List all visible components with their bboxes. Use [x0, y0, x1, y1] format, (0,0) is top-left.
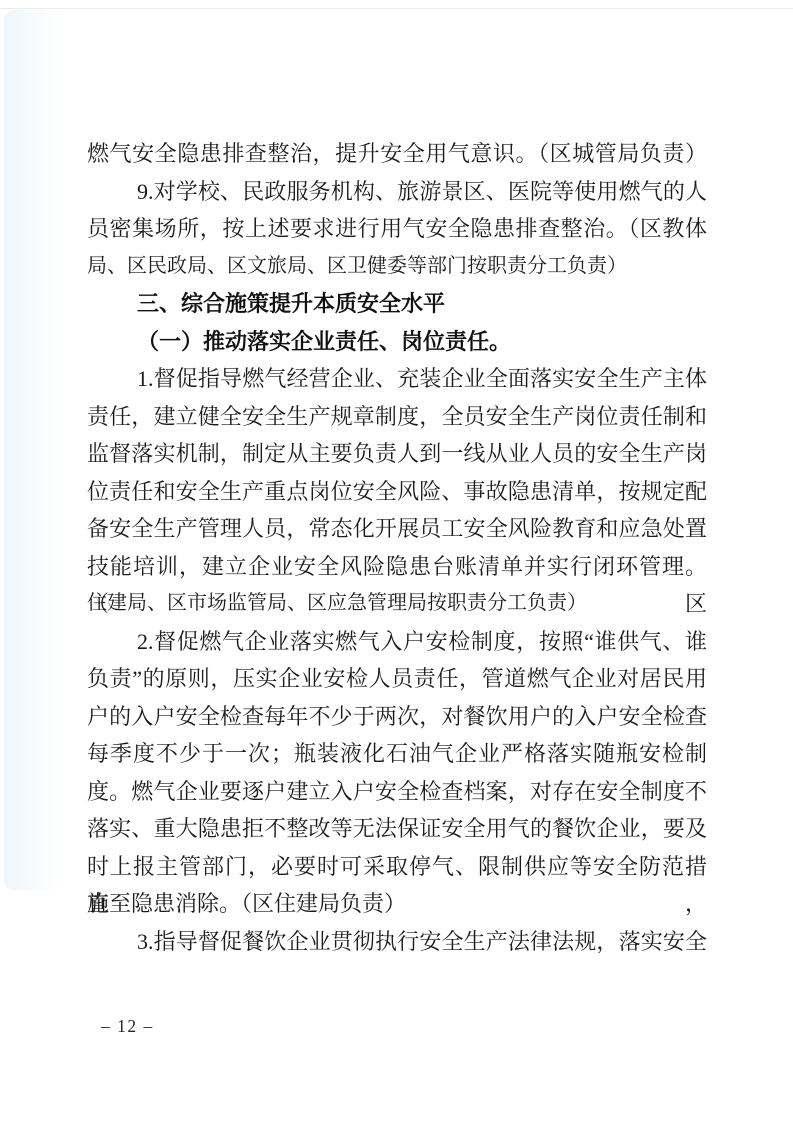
text-line: 员密集场所，按上述要求进行用气安全隐患排查整治。（区教体: [87, 210, 707, 248]
text-line: 责任，建立健全安全生产规章制度，全员安全生产岗位责任制和: [87, 398, 707, 436]
text-line: 户的入户安全检查每年不少于两次，对餐饮用户的入户安全检查: [87, 698, 707, 736]
text-line: 负责”的原则，压实企业安检人员责任，管道燃气企业对居民用: [87, 660, 707, 698]
body-text-block: 燃气安全隐患排查整治，提升安全用气意识。（区城管局负责） 9.对学校、民政服务机…: [87, 135, 707, 960]
text-line-item-1: 1.督促指导燃气经营企业、充装企业全面落实安全生产主体: [87, 360, 707, 398]
text-line-item-2: 2.督促燃气企业落实燃气入户安检制度，按照“谁供气、谁: [87, 623, 707, 661]
text-line: 备安全生产管理人员，常态化开展员工安全风险教育和应急处置: [87, 510, 707, 548]
text-line: 位责任和安全生产重点岗位安全风险、事故隐患清单，按规定配: [87, 473, 707, 511]
subsection-heading: （一）推动落实企业责任、岗位责任。: [87, 323, 707, 361]
text-line-attribution: 局、区民政局、区文旅局、区卫健委等部门按职责分工负责）: [87, 248, 707, 286]
text-line: 燃气安全隐患排查整治，提升安全用气意识。（区城管局负责）: [87, 135, 707, 173]
text-line-item-9: 9.对学校、民政服务机构、旅游景区、医院等使用燃气的人: [87, 173, 707, 211]
text-line: 每季度不少于一次；瓶装液化石油气企业严格落实随瓶安检制: [87, 735, 707, 773]
section-heading: 三、综合施策提升本质安全水平: [87, 285, 707, 323]
text-line: 落实、重大隐患拒不整改等无法保证安全用气的餐饮企业，要及: [87, 810, 707, 848]
text-line: 技能培训，建立企业安全风险隐患台账清单并实行闭环管理。（区: [87, 548, 707, 586]
document-page: 燃气安全隐患排查整治，提升安全用气意识。（区城管局负责） 9.对学校、民政服务机…: [0, 0, 793, 1122]
text-line: 时上报主管部门，必要时可采取停气、限制供应等安全防范措施，: [87, 848, 707, 886]
scan-left-tint-artifact: [4, 10, 62, 890]
text-line: 度。燃气企业要逐户建立入户安全检查档案，对存在安全制度不: [87, 773, 707, 811]
scan-top-edge-artifact: [0, 8, 793, 9]
text-line: 监督落实机制，制定从主要负责人到一线从业人员的安全生产岗: [87, 435, 707, 473]
page-number: – 12 –: [101, 1016, 154, 1037]
text-line-item-3: 3.指导督促餐饮企业贯彻执行安全生产法律法规，落实安全: [87, 923, 707, 961]
